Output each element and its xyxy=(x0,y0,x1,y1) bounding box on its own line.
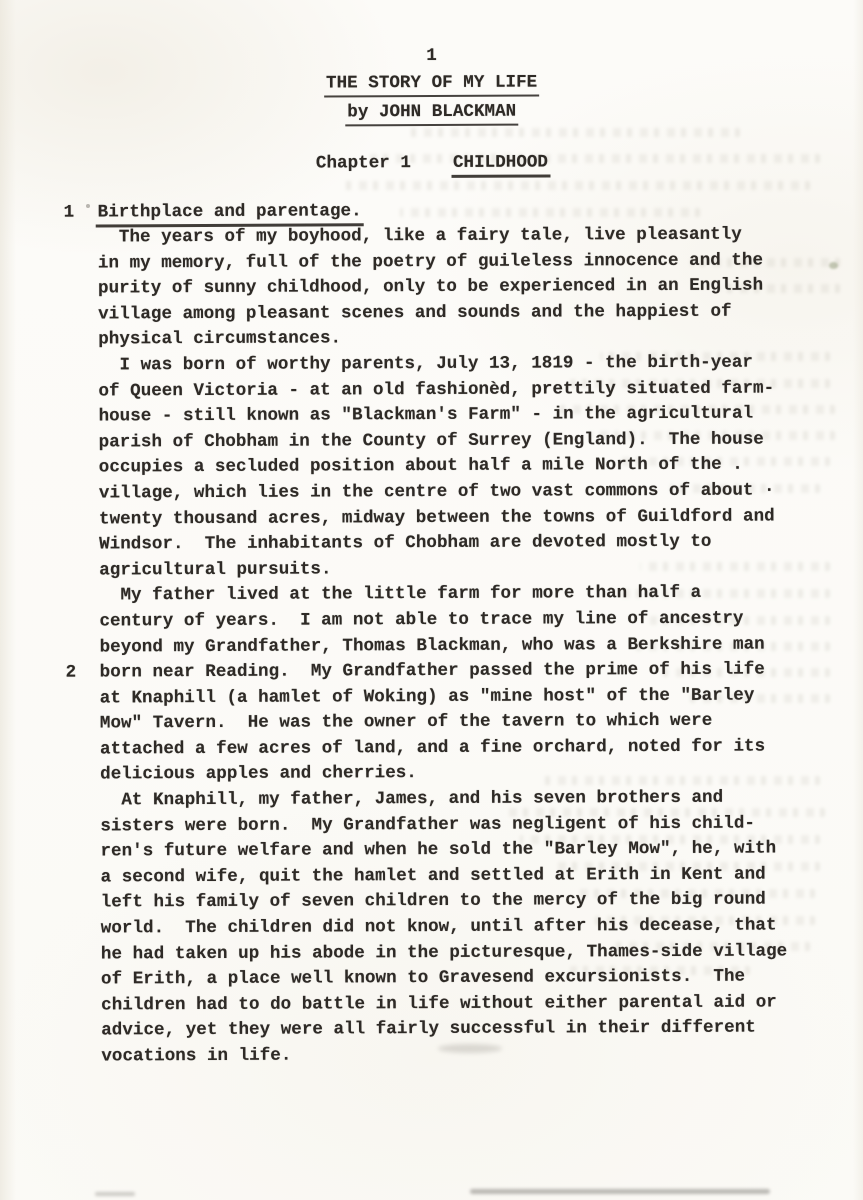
scan-speck xyxy=(86,204,90,208)
text-line: he had taken up his abode in the picture… xyxy=(101,939,787,968)
text-line: occupies a secluded position about half … xyxy=(99,453,785,482)
byline: by JOHN BLACKMAN xyxy=(345,102,518,126)
text-line: a second wife, quit the hamlet and settl… xyxy=(101,862,787,891)
scan-smudge xyxy=(438,1044,502,1053)
page-number: 1 xyxy=(0,42,863,71)
margin-number-1: 1 xyxy=(64,201,75,227)
text-line: advice, yet they were all fairly success… xyxy=(101,1016,787,1045)
text-line: I was born of worthy parents, July 13, 1… xyxy=(98,350,784,379)
text-line: in my memory, full of the poetry of guil… xyxy=(98,248,784,277)
text-line: agricultural pursuits. xyxy=(99,555,785,584)
scanned-page: 1 THE STORY OF MY LIFE by JOHN BLACKMAN … xyxy=(0,0,863,1200)
chapter-label: Chapter 1 xyxy=(316,153,411,173)
text-line: twenty thousand acres, midway between th… xyxy=(99,504,785,533)
text-line: Windsor. The inhabitants of Chobham are … xyxy=(99,530,785,559)
text-line: ren's future welfare and when he sold th… xyxy=(100,837,786,866)
text-line: village, which lies in the centre of two… xyxy=(99,478,785,507)
scan-edge-mark xyxy=(95,1192,135,1196)
text-line: My father lived at the little farm for m… xyxy=(99,581,785,610)
text-line: parish of Chobham in the County of Surre… xyxy=(99,427,785,456)
text-line: village among pleasant scenes and sounds… xyxy=(98,299,784,328)
document-title: THE STORY OF MY LIFE xyxy=(324,73,539,97)
chapter-heading: Chapter 1CHILDHOOD xyxy=(0,149,863,178)
scan-edge-mark xyxy=(470,1189,770,1194)
text-line: of Erith, a place well known to Gravesen… xyxy=(101,965,787,994)
text-line: physical circumstances. xyxy=(98,325,784,354)
body-text: The years of my boyhood, like a fairy ta… xyxy=(98,222,788,1070)
title-row: THE STORY OF MY LIFE xyxy=(0,69,863,98)
text-line: delicious apples and cherries. xyxy=(100,760,786,789)
text-line: Mow" Tavern. He was the owner of the tav… xyxy=(100,709,786,738)
chapter-title: CHILDHOOD xyxy=(451,152,550,177)
text-line: at Knaphill (a hamlet of Woking) as "min… xyxy=(100,683,786,712)
text-line: children had to do battle in life withou… xyxy=(101,990,787,1019)
text-line: left his family of seven children to the… xyxy=(101,888,787,917)
text-line: At Knaphill, my father, James, and his s… xyxy=(100,786,786,815)
text-line: purity of sunny childhood, only to be ex… xyxy=(98,274,784,303)
section-heading: Birthplace and parentage. xyxy=(96,201,364,227)
text-line: sisters were born. My Grandfather was ne… xyxy=(100,811,786,840)
text-line: century of years. I am not able to trace… xyxy=(99,606,785,635)
scan-speck xyxy=(829,262,838,269)
text-line: beyond my Grandfather, Thomas Blackman, … xyxy=(100,632,786,661)
section-heading-row: Birthplace and parentage. xyxy=(98,199,362,226)
margin-number-2: 2 xyxy=(66,661,77,687)
byline-row: by JOHN BLACKMAN xyxy=(0,98,863,127)
text-line: world. The children did not know, until … xyxy=(101,913,787,942)
text-line: attached a few acres of land, and a fine… xyxy=(100,734,786,763)
text-line: of Queen Victoria - at an old fashionèd,… xyxy=(98,376,784,405)
typewritten-content: 1 THE STORY OF MY LIFE by JOHN BLACKMAN … xyxy=(0,0,863,1200)
text-line: born near Reading. My Grandfather passed… xyxy=(100,658,786,687)
text-line: house - still known as "Blackman's Farm"… xyxy=(99,402,785,431)
text-line: The years of my boyhood, like a fairy ta… xyxy=(98,222,784,251)
